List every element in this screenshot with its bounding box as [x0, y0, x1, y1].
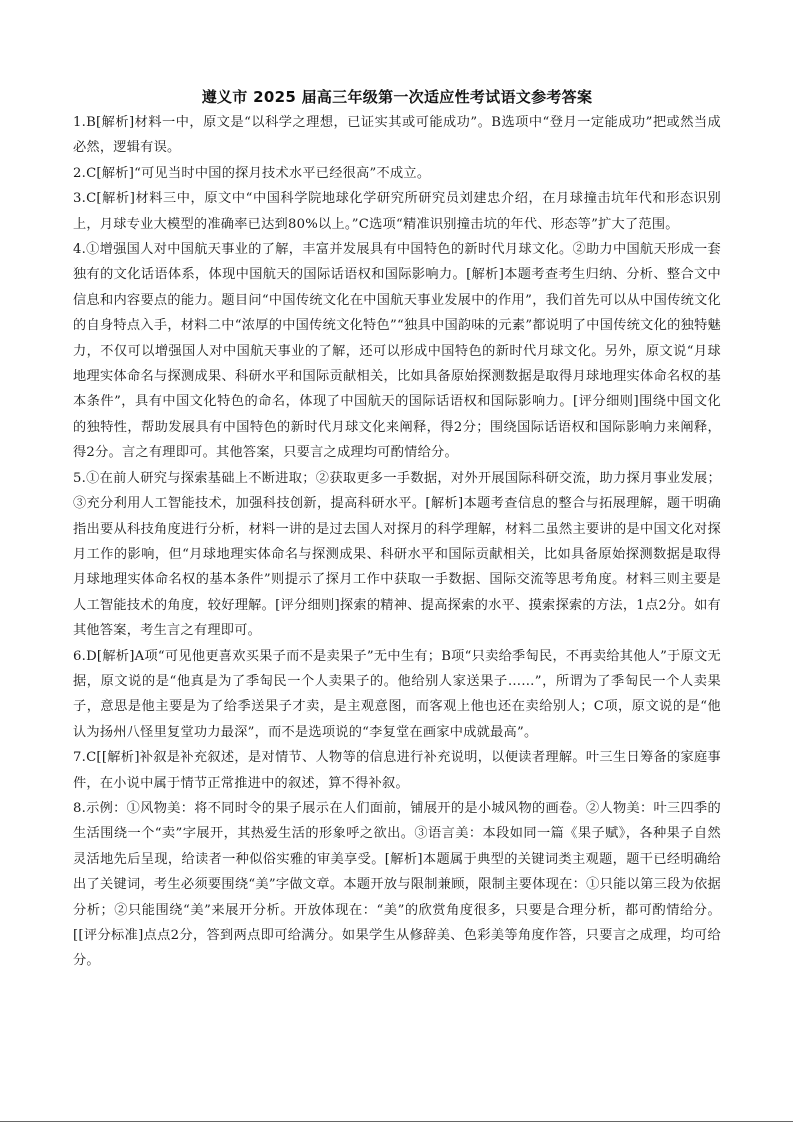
answer-6: 6.D[解析]A项“可见他更喜欢买果子而不是卖果子”无中生有；B项“只卖给季匋民…	[73, 644, 721, 746]
document-title: 遵义市 2025 届高三年级第一次适应性考试语文参考答案	[73, 86, 721, 108]
answer-4: 4.①增强国人对中国航天事业的了解，丰富并发展具有中国特色的新时代月球文化。②助…	[73, 237, 721, 466]
answer-5: 5.①在前人研究与探索基础上不断进取；②获取更多一手数据，对外开展国际科研交流，…	[73, 466, 721, 644]
answer-2: 2.C[解析]“可见当时中国的探月技术水平已经很高”不成立。	[73, 161, 721, 186]
answer-3: 3.C[解析]材料三中，原文中“中国科学院地球化学研究所研究员刘建忠介绍，在月球…	[73, 186, 721, 237]
answer-1: 1.B[解析]材料一中，原文是“以科学之理想，已证实其或可能成功”。B选项中“登…	[73, 110, 721, 161]
answer-7: 7.C[[解析]补叙是补充叙述，是对情节、人物等的信息进行补充说明，以便读者理解…	[73, 745, 721, 796]
answer-key-page: 遵义市 2025 届高三年级第一次适应性考试语文参考答案 1.B[解析]材料一中…	[73, 86, 721, 974]
answer-8: 8.示例：①风物美：将不同时令的果子展示在人们面前，铺展开的是小城风物的画卷。②…	[73, 796, 721, 974]
